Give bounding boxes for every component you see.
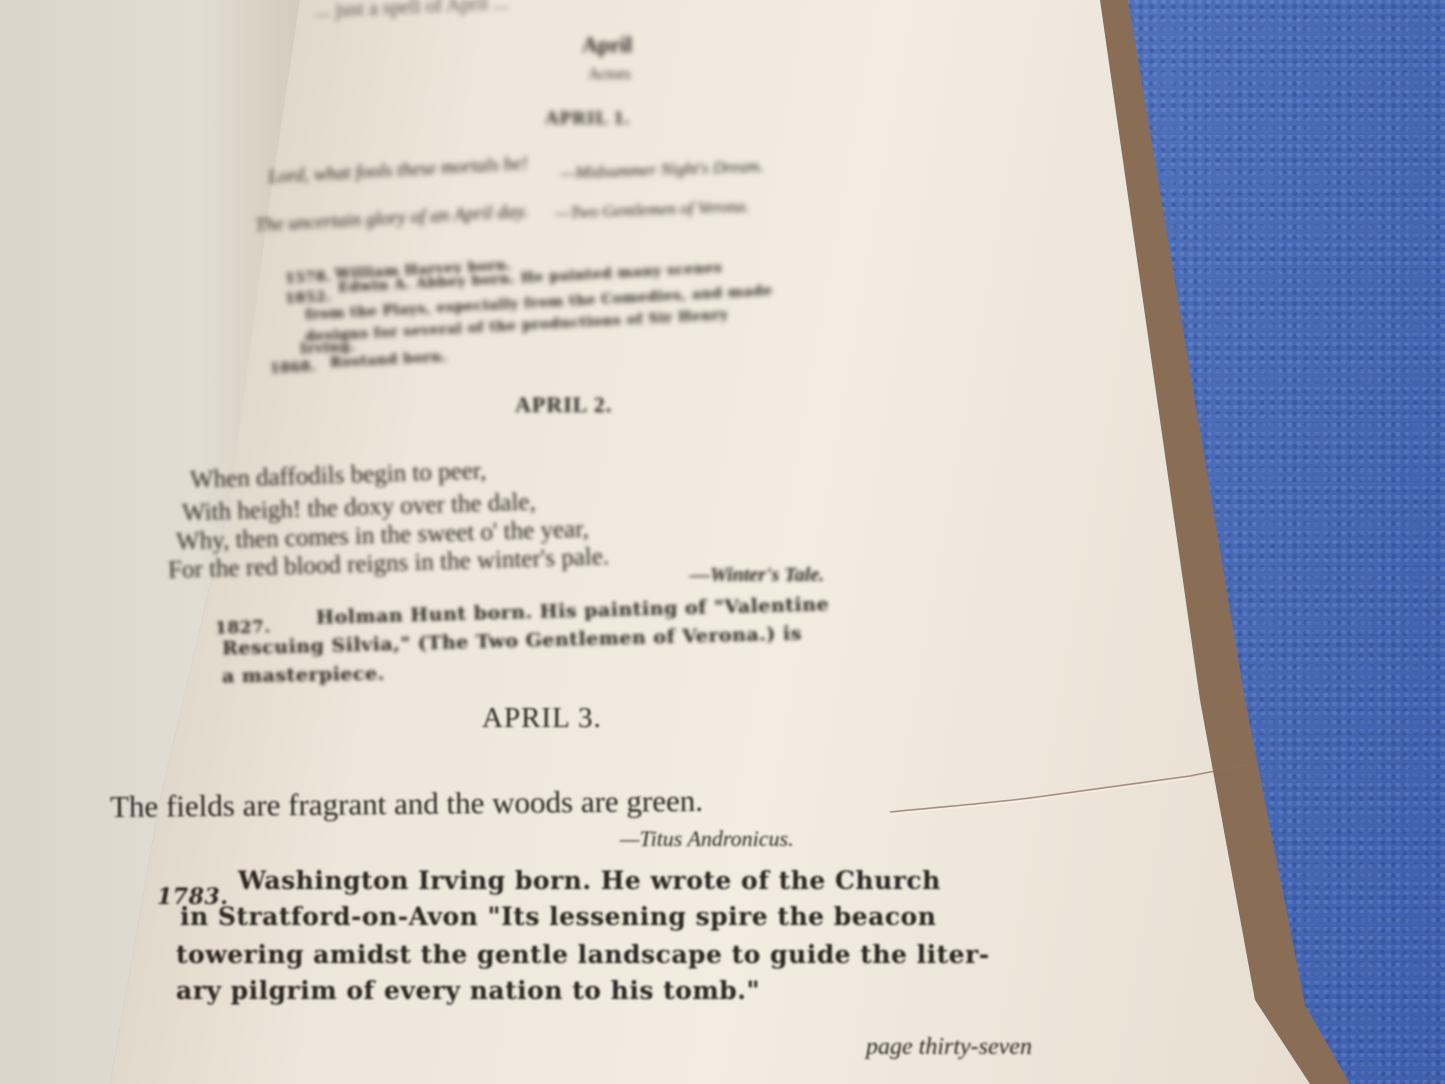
entry-year: 1852. [285, 289, 332, 307]
entry-year: 1578. [285, 269, 332, 287]
heading-april-2: APRIL 2. [515, 392, 612, 418]
entry-year: 1868. [270, 359, 317, 377]
entry-line: towering amidst the gentle landscape to … [176, 940, 990, 969]
entry-year: 1827. [215, 617, 271, 638]
entry-line: ary pilgrim of every nation to his tomb.… [176, 976, 760, 1005]
quote-source: —Titus Andronicus. [620, 826, 794, 852]
heading-april-1: APRIL 1. [545, 108, 630, 130]
month-title: April [582, 32, 632, 58]
entry-line: a masterpiece. [222, 663, 385, 688]
month-subtitle: Actors [588, 66, 631, 84]
entry-line: Washington Irving born. He wrote of the … [238, 866, 941, 895]
heading-april-3: APRIL 3. [482, 702, 602, 735]
entry-line: in Stratford-on-Avon "Its lessening spir… [180, 902, 936, 931]
quote-text: The fields are fragrant and the woods ar… [110, 783, 703, 825]
page-number-footer: page thirty-seven [866, 1034, 1032, 1061]
poem-source: —Winter's Tale. [690, 564, 824, 587]
page-crack [890, 760, 1250, 820]
